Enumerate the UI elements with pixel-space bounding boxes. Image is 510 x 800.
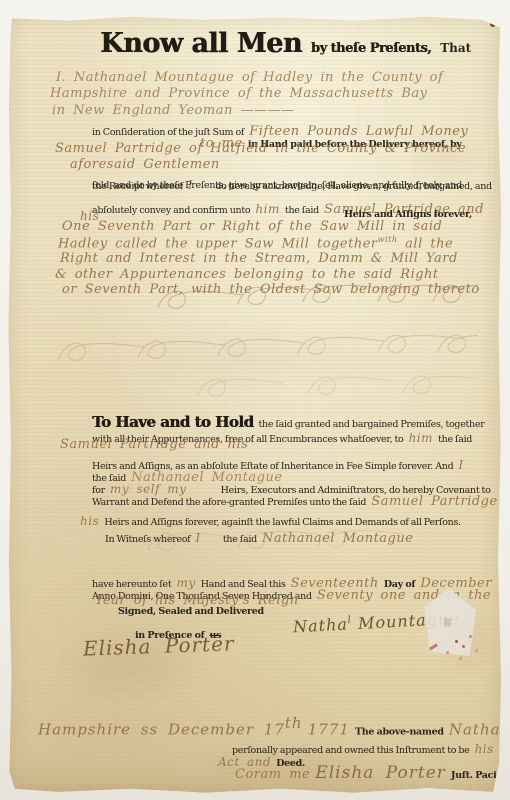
- seal-wax-trace: [444, 618, 451, 627]
- witness-clause-line: In Witneſs whereof I the ſaid Nathanael …: [105, 527, 413, 546]
- premises-line: Right and Interest in the Stream, Damm &…: [60, 251, 458, 266]
- justice-signature: Elisha Porter: [315, 763, 446, 783]
- grantee-line: aforesaid Gentlemen: [70, 157, 220, 172]
- deed-document: Know all Men by theſe Preſents, That I. …: [8, 16, 502, 795]
- document-title: Know all Men by theſe Preſents, That: [100, 28, 471, 59]
- grantor-intro-line: Hampshire and Province of the Massachuse…: [50, 86, 427, 101]
- receipt-line: ſold, and do by theſe Preſents, give, gr…: [92, 180, 462, 192]
- attestation-line: Signed, Sealed and Delivered: [118, 606, 264, 618]
- premises-line: Hadley called the upper Saw Mill togethe…: [58, 235, 453, 251]
- grantee-line: Samuel Partridge of Hatfield in the Coun…: [55, 141, 466, 156]
- acknowledgment-venue-line: Hampshire ss December 17th 1771 The abov…: [38, 714, 510, 738]
- title-blackletter-small: by theſe Preſents,: [311, 41, 431, 56]
- witness-signature: Elisha Porter: [83, 631, 235, 660]
- justice-line: Coram me Elisha Porter Juſt. Pacis.: [235, 763, 505, 783]
- wax-speckles: [455, 640, 458, 643]
- grantor-intro-line: I. Nathanael Mountague of Hadley in the …: [56, 70, 443, 85]
- seal-wax-trace: [427, 643, 438, 651]
- photo-backdrop: { "heading": { "blackletter": "Know all …: [0, 0, 510, 800]
- red-speck: [490, 19, 496, 27]
- title-blackletter: Know all Men: [100, 28, 302, 59]
- habendum-grantee: Samuel Partridge and his: [60, 437, 248, 452]
- premises-line: or Seventh Part, with the Oldest Saw bel…: [62, 282, 480, 297]
- premises-line: One Seventh Part or Right of the Saw Mil…: [62, 219, 442, 234]
- premises-line: & other Appurtenances belonging to the s…: [55, 267, 439, 282]
- title-that: That: [440, 41, 471, 55]
- habendum-line: Warrant and Defend the afore-granted Pre…: [92, 490, 510, 509]
- stain: [98, 316, 398, 396]
- grantor-intro-line: in New England Yeoman ————: [52, 103, 294, 118]
- pen-flourishes: [48, 280, 478, 398]
